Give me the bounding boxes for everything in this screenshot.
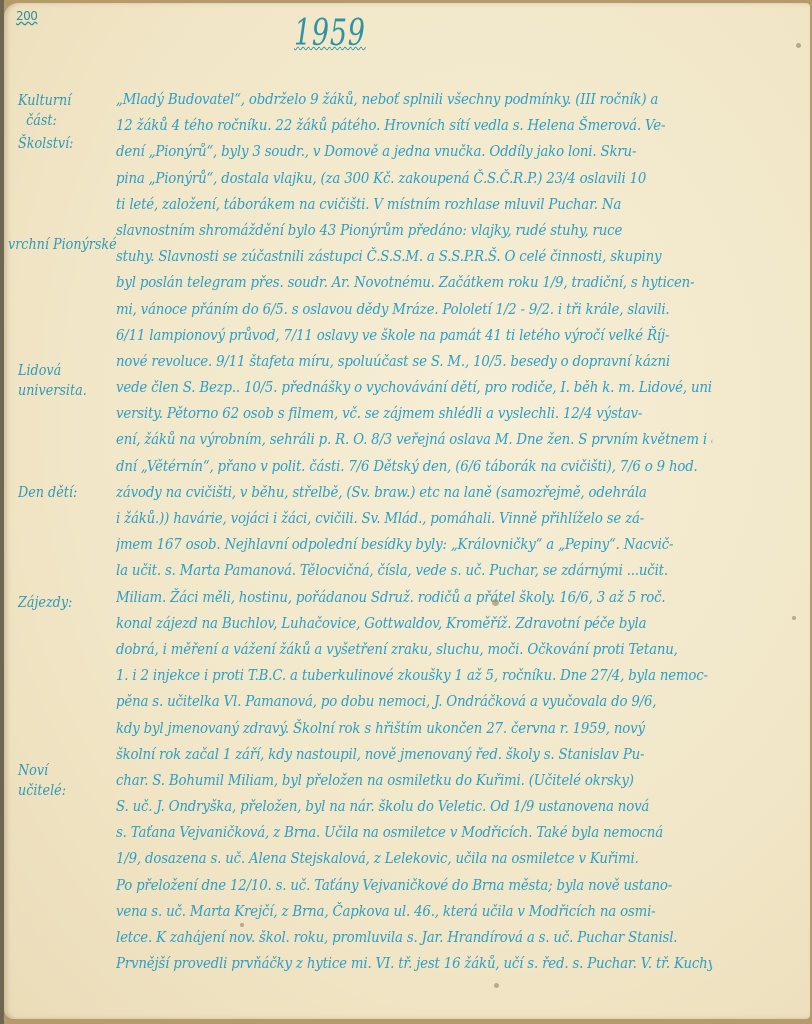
text-line: S. uč. J. Ondryška, přeložen, byl na nár…	[116, 794, 712, 820]
text-line: pina „Pionýrů“, dostala vlajku, (za 300 …	[116, 166, 712, 192]
margin-label-skolstvi: Školství:	[18, 133, 73, 153]
text-line: dní „Větérnín“, přano v polit. části. 7/…	[116, 454, 712, 480]
text-line: 1/9, dosazena s. uč. Alena Stejskalová, …	[116, 846, 712, 872]
text-line: dení „Pionýrů“, byly 3 soudr., v Domově …	[116, 139, 712, 165]
text-line: školní rok začal 1 září, kdy nastoupil, …	[116, 742, 712, 768]
paper-speck	[494, 983, 499, 988]
text-line: vena s. uč. Marta Krejčí, z Brna, Čapkov…	[116, 899, 712, 925]
text-line: 12 žáků 4 tého ročníku. 22 žáků pátého. …	[116, 113, 712, 139]
text-line: Po přeložení dne 12/10. s. uč. Taťány Ve…	[116, 873, 712, 899]
text-line: s. Taťana Vejvaničková, z Brna. Učila na…	[116, 820, 712, 846]
margin-label-pionyrske-stuzky: vrchní Pionýrské	[8, 234, 117, 254]
text-line: byl poslán telegram přes. soudr. Ar. Nov…	[116, 270, 712, 296]
text-line: char. S. Bohumil Miliam, byl přeložen na…	[116, 768, 712, 794]
text-line: „Mladý Budovatel“, obdrželo 9 žáků, nebo…	[116, 87, 712, 113]
margin-label-kulturni-cast: Kulturní část:	[18, 90, 71, 130]
notebook-page: 200 1959 Kulturní část:Školství:vrchní P…	[4, 3, 810, 1019]
margin-label-lidova-universita: Lidová universita.	[18, 360, 87, 400]
text-line: slavnostním shromáždění bylo 43 Pionýrům…	[116, 218, 712, 244]
year-heading: 1959	[294, 13, 366, 54]
paper-speck	[792, 616, 796, 620]
text-line: závody na cvičišti, v běhu, střelbě, (Sv…	[116, 480, 712, 506]
text-line: Miliam. Žáci měli, hostinu, pořádanou Sd…	[116, 585, 712, 611]
paper-speck	[796, 43, 801, 48]
paper-speck	[240, 923, 244, 927]
text-line: letce. K zahájení nov. škol. roku, proml…	[116, 925, 712, 951]
text-line: jmem 167 osob. Nejhlavní odpolední besíd…	[116, 532, 712, 558]
text-line: ti leté, založení, táborákem na cvičišti…	[116, 192, 712, 218]
page-number: 200	[16, 9, 37, 23]
text-line: versity. Pětorno 62 osob s filmem, vč. s…	[116, 401, 712, 427]
text-line: dobrá, i měření a vážení žáků a vyšetřen…	[116, 637, 712, 663]
text-line: nové revoluce. 9/11 štafeta míru, spoluú…	[116, 349, 712, 375]
margin-label-den-deti: Den dětí:	[18, 482, 77, 502]
text-line: la učit. s. Marta Pamanová. Tělocvičná, …	[116, 558, 712, 584]
text-line: mi, vánoce přáním do 6/5. s oslavou dědy…	[116, 297, 712, 323]
margin-label-novi-ucitele: Noví učitelé:	[18, 760, 66, 800]
chronicle-text-body: „Mladý Budovatel“, obdrželo 9 žáků, nebo…	[116, 87, 764, 977]
text-line: Prvnější provedli prvňáčky z hytice mi. …	[116, 951, 712, 977]
text-line: kdy byl jmenovaný zdravý. Školní rok s h…	[116, 716, 712, 742]
text-line: stuhy. Slavnosti se zúčastnili zástupci …	[116, 244, 712, 270]
paper-speck	[492, 599, 499, 606]
text-line: pěna s. učitelka Vl. Pamanová, po dobu n…	[116, 689, 712, 715]
text-line: ení, žáků na výrobním, sehráli p. R. O. …	[116, 427, 712, 453]
text-line: 6/11 lampionový průvod, 7/11 oslavy ve š…	[116, 323, 712, 349]
text-line: vede člen S. Bezp.. 10/5. přednášky o vy…	[116, 375, 712, 401]
text-line: 1. i 2 injekce i proti T.B.C. a tuberkul…	[116, 663, 712, 689]
text-line: i žáků.)) havárie, vojáci i žáci, cvičil…	[116, 506, 712, 532]
margin-label-zajezdy: Zájezdy:	[18, 592, 72, 612]
text-line: konal zájezd na Buchlov, Luhačovice, Got…	[116, 611, 712, 637]
